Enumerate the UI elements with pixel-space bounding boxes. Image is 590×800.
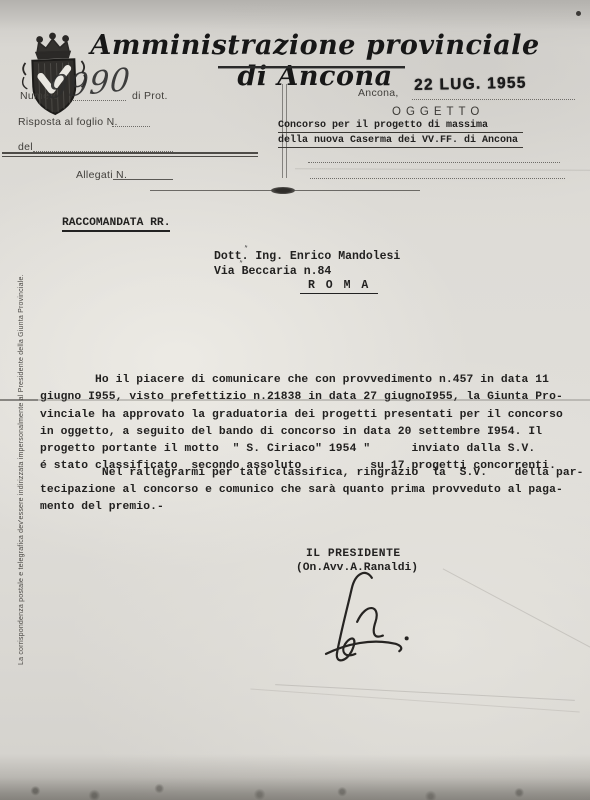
paper-crease (443, 568, 590, 672)
oggetto-line: della nuova Caserma dei VV.FF. di Ancona (278, 135, 523, 148)
body-line: Nel rallegrarmi per tale classifica, rin… (40, 465, 575, 482)
raccomandata-heading: RACCOMANDATA RR. (62, 217, 170, 232)
body-line: progetto portante il motto " S. Ciriaco"… (40, 441, 575, 458)
oggetto-label: OGGETTO (392, 106, 484, 118)
pencil-scratch (275, 684, 575, 701)
left-block-rule (2, 152, 258, 157)
risposta-label: Risposta al foglio N. (18, 116, 118, 128)
scan-bottom-shadow (0, 754, 590, 800)
allegati-label: Allegati N. (76, 169, 127, 181)
recipient-city: R O M A (300, 279, 378, 294)
oggetto-fill-line (310, 178, 565, 179)
signature-role: IL PRESIDENTE (306, 548, 401, 560)
body-paragraph-2: Nel rallegrarmi per tale classifica, rin… (40, 465, 575, 515)
fold-crease (295, 168, 590, 171)
di-prot-label: di Prot. (132, 90, 168, 102)
body-line: vinciale ha approvato la graduatoria dei… (40, 407, 575, 424)
body-line: tecipazione al concorso e comunico che s… (40, 482, 575, 499)
risposta-fill-line (112, 126, 150, 127)
title-underline (218, 66, 405, 69)
recipient-street: Via Beccaria n.84 (214, 265, 331, 278)
body-line: giugno I955, visto prefettizio n.21838 i… (40, 389, 575, 406)
handwritten-signature-icon (315, 565, 425, 680)
paper-crease (250, 688, 579, 712)
body-line: in oggetto, a seguito del bando di conco… (40, 424, 575, 441)
oggetto-fill-line (308, 162, 560, 163)
place-label: Ancona, (358, 87, 399, 99)
oggetto-line: Concorso per il progetto di massima (278, 120, 523, 133)
body-line: Ho il piacere di comunicare che con prov… (40, 372, 575, 389)
date-stamp: 22 LUG. 1955 (414, 75, 527, 95)
scan-top-shadow (0, 0, 590, 30)
margin-correspondence-note: La corrispondenza postale e telegrafica … (18, 285, 32, 665)
body-line: mento del premio.- (40, 499, 575, 516)
ink-speck (576, 11, 581, 16)
date-fill-line (412, 99, 575, 100)
body-paragraph-1: Ho il piacere di comunicare che con prov… (40, 372, 575, 476)
scanned-letter-page: Amministrazione provinciale di Ancona Nu… (0, 0, 590, 800)
lens-ornament-icon (271, 187, 295, 194)
